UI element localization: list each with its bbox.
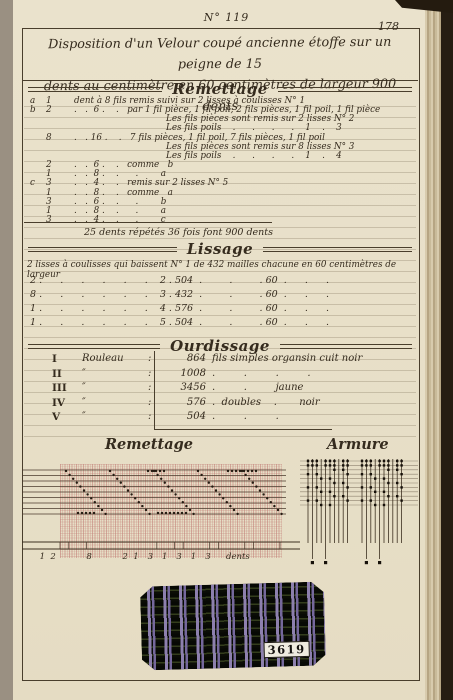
lissage-heading-text: Lissage bbox=[187, 240, 253, 258]
lissage-row: 2 . . . . . . 2 . 504 . . . 60 . . . bbox=[30, 274, 412, 288]
fabric-swatch: 3619 bbox=[140, 581, 326, 670]
manuscript-page: N° 119 178 Disposition d'un Velour coupé… bbox=[0, 0, 453, 700]
ourdissage-row: V″:504. . . bbox=[52, 410, 392, 425]
dent-count: 8 bbox=[86, 552, 91, 562]
ourdissage-row: IV″:576. doubles . noir bbox=[52, 396, 392, 411]
dent-count: 3 bbox=[205, 552, 210, 562]
dent-count: 1 bbox=[40, 552, 45, 562]
heading-rule bbox=[278, 87, 412, 92]
lissage-row: 1 . . . . . . 5 . 504 . . . 60 . . . bbox=[30, 316, 412, 330]
dent-count: 2 bbox=[50, 552, 55, 562]
swatch-number-label: 3619 bbox=[263, 641, 309, 658]
lissage-section-heading: Lissage bbox=[28, 240, 412, 258]
ourdissage-rows: IRouleau:864fils simples organsin cuit n… bbox=[52, 352, 392, 425]
dent-count: 1 bbox=[162, 552, 167, 562]
heading-rule bbox=[263, 247, 412, 252]
book-page-edges bbox=[425, 0, 441, 700]
dent-count: 1 bbox=[191, 552, 196, 562]
ourdissage-row: III″:3456. . jaune bbox=[52, 381, 392, 396]
heading-rule bbox=[28, 247, 177, 252]
heading-rule bbox=[28, 87, 162, 92]
remettage-table-rule bbox=[24, 222, 272, 223]
dent-count: 3 bbox=[176, 552, 181, 562]
lissage-row: 1 . . . . . . 4 . 576 . . . 60 . . . bbox=[30, 302, 412, 316]
ourdissage-box-bottom bbox=[154, 429, 332, 430]
ourdissage-box-left bbox=[154, 351, 155, 429]
dent-count: 1 bbox=[133, 552, 138, 562]
title-line-1: Disposition d'un Velour coupé ancienne é… bbox=[28, 32, 412, 77]
dents-label: dents bbox=[226, 552, 250, 562]
ourdissage-row: IRouleau:864fils simples organsin cuit n… bbox=[52, 352, 392, 367]
draft-diagram-title: Remettage bbox=[105, 436, 193, 453]
heading-rule bbox=[280, 344, 412, 349]
dent-count: 3 bbox=[148, 552, 153, 562]
remettage-footer: 25 dents répétés 36 fois font 900 dents bbox=[84, 227, 273, 238]
heading-rule bbox=[28, 344, 160, 349]
book-spine bbox=[441, 0, 453, 700]
dent-count: 2 bbox=[122, 552, 127, 562]
remettage-row: 3. . 4 . . . c bbox=[30, 216, 412, 225]
lissage-rows: 2 . . . . . . 2 . 504 . . . 60 . . .8 . … bbox=[30, 274, 412, 330]
lissage-row: 8 . . . . . . 3 . 432 . . . 60 . . . bbox=[30, 288, 412, 302]
dent-count-labels: 1282131313dents bbox=[24, 552, 264, 564]
ourdissage-row: II″:1008. . . . bbox=[52, 367, 392, 382]
remettage-rows: a1dent à 8 fils remis suivi sur 2 lisses… bbox=[30, 97, 412, 225]
armure-diagram-title: Armure bbox=[327, 436, 389, 453]
armure-weave-diagram bbox=[300, 455, 418, 573]
